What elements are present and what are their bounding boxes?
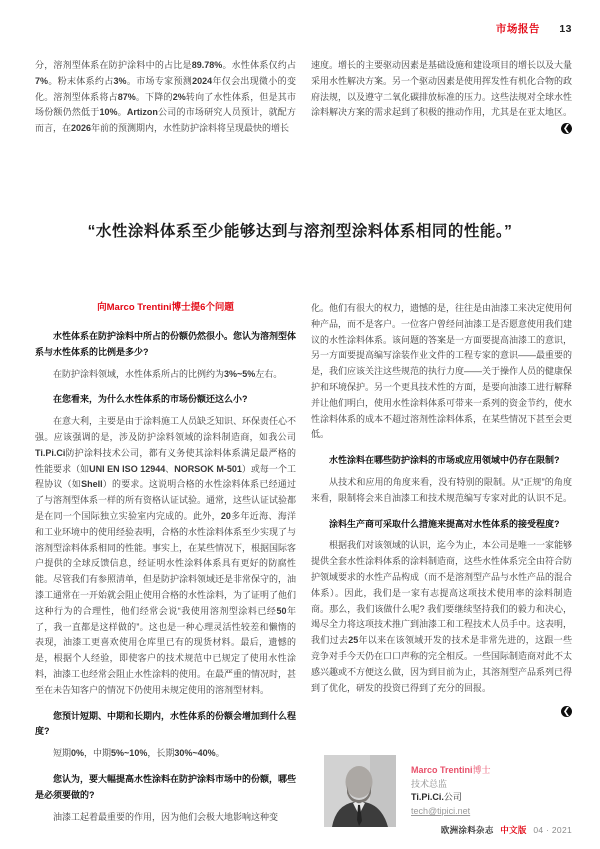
pull-quote: “水性涂料体系至少能够达到与溶剂型涂料体系相同的性能。” bbox=[0, 219, 600, 241]
portrait-image bbox=[324, 755, 396, 827]
answer-4-left-part: 油漆工起着最重要的作用，因为他们会极大地影响这种变 bbox=[35, 810, 296, 826]
magazine-page: 市场报告 13 分，溶剂型体系在防护涂料中的占比是89.78%。水性体系仅约占7… bbox=[0, 0, 600, 849]
answer-4-right-part: 化。他们有很大的权力，遗憾的是，往往是由油漆工来决定使用何种产品，而不是客户。一… bbox=[311, 301, 572, 443]
author-name: Marco Trentini博士 bbox=[411, 764, 491, 778]
section-label: 市场报告 bbox=[496, 23, 540, 35]
author-company: Ti.Pi.Ci.公司 bbox=[411, 791, 491, 805]
question-6: 涂料生产商可采取什么措施来提高对水性体系的接受程度? bbox=[311, 517, 572, 533]
answer-2: 在意大利，主要是由于涂料施工人员缺乏知识、环保责任心不强。应该强调的是，涉及防护… bbox=[35, 414, 296, 698]
author-photo bbox=[324, 755, 396, 827]
footer-journal-name: 欧洲涂料杂志 bbox=[441, 825, 494, 835]
intro-column-right: 速度。增长的主要驱动因素是基础设施和建设项目的增长以及大量采用水性解决方案。另一… bbox=[311, 58, 572, 137]
question-1: 水性体系在防护涂料中所占的份额仍然很小。您认为溶剂型体系与水性体系的比例是多少? bbox=[35, 329, 296, 361]
intro-paragraph-left: 分，溶剂型体系在防护涂料中的占比是89.78%。水性体系仅约占7%。粉末体系约占… bbox=[35, 58, 296, 137]
page-header: 市场报告 13 bbox=[496, 21, 572, 36]
question-2: 在您看来，为什么水性体系的市场份额还这么小? bbox=[35, 392, 296, 408]
intro-section: 分，溶剂型体系在防护涂料中的占比是89.78%。水性体系仅约占7%。粉末体系约占… bbox=[35, 58, 572, 137]
end-of-article-row: ❮ bbox=[311, 701, 572, 719]
question-4: 您认为，要大幅提高水性涂料在防护涂料市场中的份额，哪些是必须要做的? bbox=[35, 772, 296, 804]
author-info: Marco Trentini博士 技术总监 Ti.Pi.Ci.公司 tech@t… bbox=[411, 755, 491, 827]
page-number: 13 bbox=[559, 23, 572, 35]
interview-column-left: 向Marco Trentini博士提6个问题 水性体系在防护涂料中所占的份额仍然… bbox=[35, 301, 296, 827]
author-role: 技术总监 bbox=[411, 778, 491, 792]
interview-section: 向Marco Trentini博士提6个问题 水性体系在防护涂料中所占的份额仍然… bbox=[35, 301, 572, 827]
question-3: 您预计短期、中期和长期内，水性体系的份额会增加到什么程度? bbox=[35, 709, 296, 741]
answer-5: 从技术和应用的角度来看，没有特别的限制。从“正规”的角度来看，限制将会来自油漆工… bbox=[311, 475, 572, 507]
answer-3: 短期0%，中期5%~10%，长期30%~40%。 bbox=[35, 746, 296, 762]
answer-1: 在防护涂料领域，水性体系所占的比例约为3%~5%左右。 bbox=[35, 367, 296, 383]
author-email: tech@tipici.net bbox=[411, 805, 491, 819]
page-footer: 欧洲涂料杂志 中文版 04 · 2021 bbox=[441, 824, 572, 836]
intro-column-left: 分，溶剂型体系在防护涂料中的占比是89.78%。水性体系仅约占7%。粉末体系约占… bbox=[35, 58, 296, 137]
end-of-article-icon: ❮ bbox=[561, 123, 572, 134]
answer-6: 根据我们对该领域的认识，迄今为止，本公司是唯一一家能够提供全套水性涂料体系的涂料… bbox=[311, 538, 572, 696]
interview-title: 向Marco Trentini博士提6个问题 bbox=[35, 301, 296, 315]
footer-issue: 04 · 2021 bbox=[533, 825, 572, 835]
intro-paragraph-right: 速度。增长的主要驱动因素是基础设施和建设项目的增长以及大量采用水性解决方案。另一… bbox=[311, 58, 572, 121]
author-card: Marco Trentini博士 技术总监 Ti.Pi.Ci.公司 tech@t… bbox=[324, 755, 572, 827]
author-email-link[interactable]: tech@tipici.net bbox=[411, 806, 470, 816]
end-of-article-icon: ❮ bbox=[561, 706, 572, 717]
question-5: 水性涂料在哪些防护涂料的市场或应用领域中仍存在限制? bbox=[311, 453, 572, 469]
interview-column-right: 化。他们有很大的权力，遗憾的是，往往是由油漆工来决定使用何种产品，而不是客户。一… bbox=[311, 301, 572, 827]
footer-edition: 中文版 bbox=[500, 825, 526, 835]
